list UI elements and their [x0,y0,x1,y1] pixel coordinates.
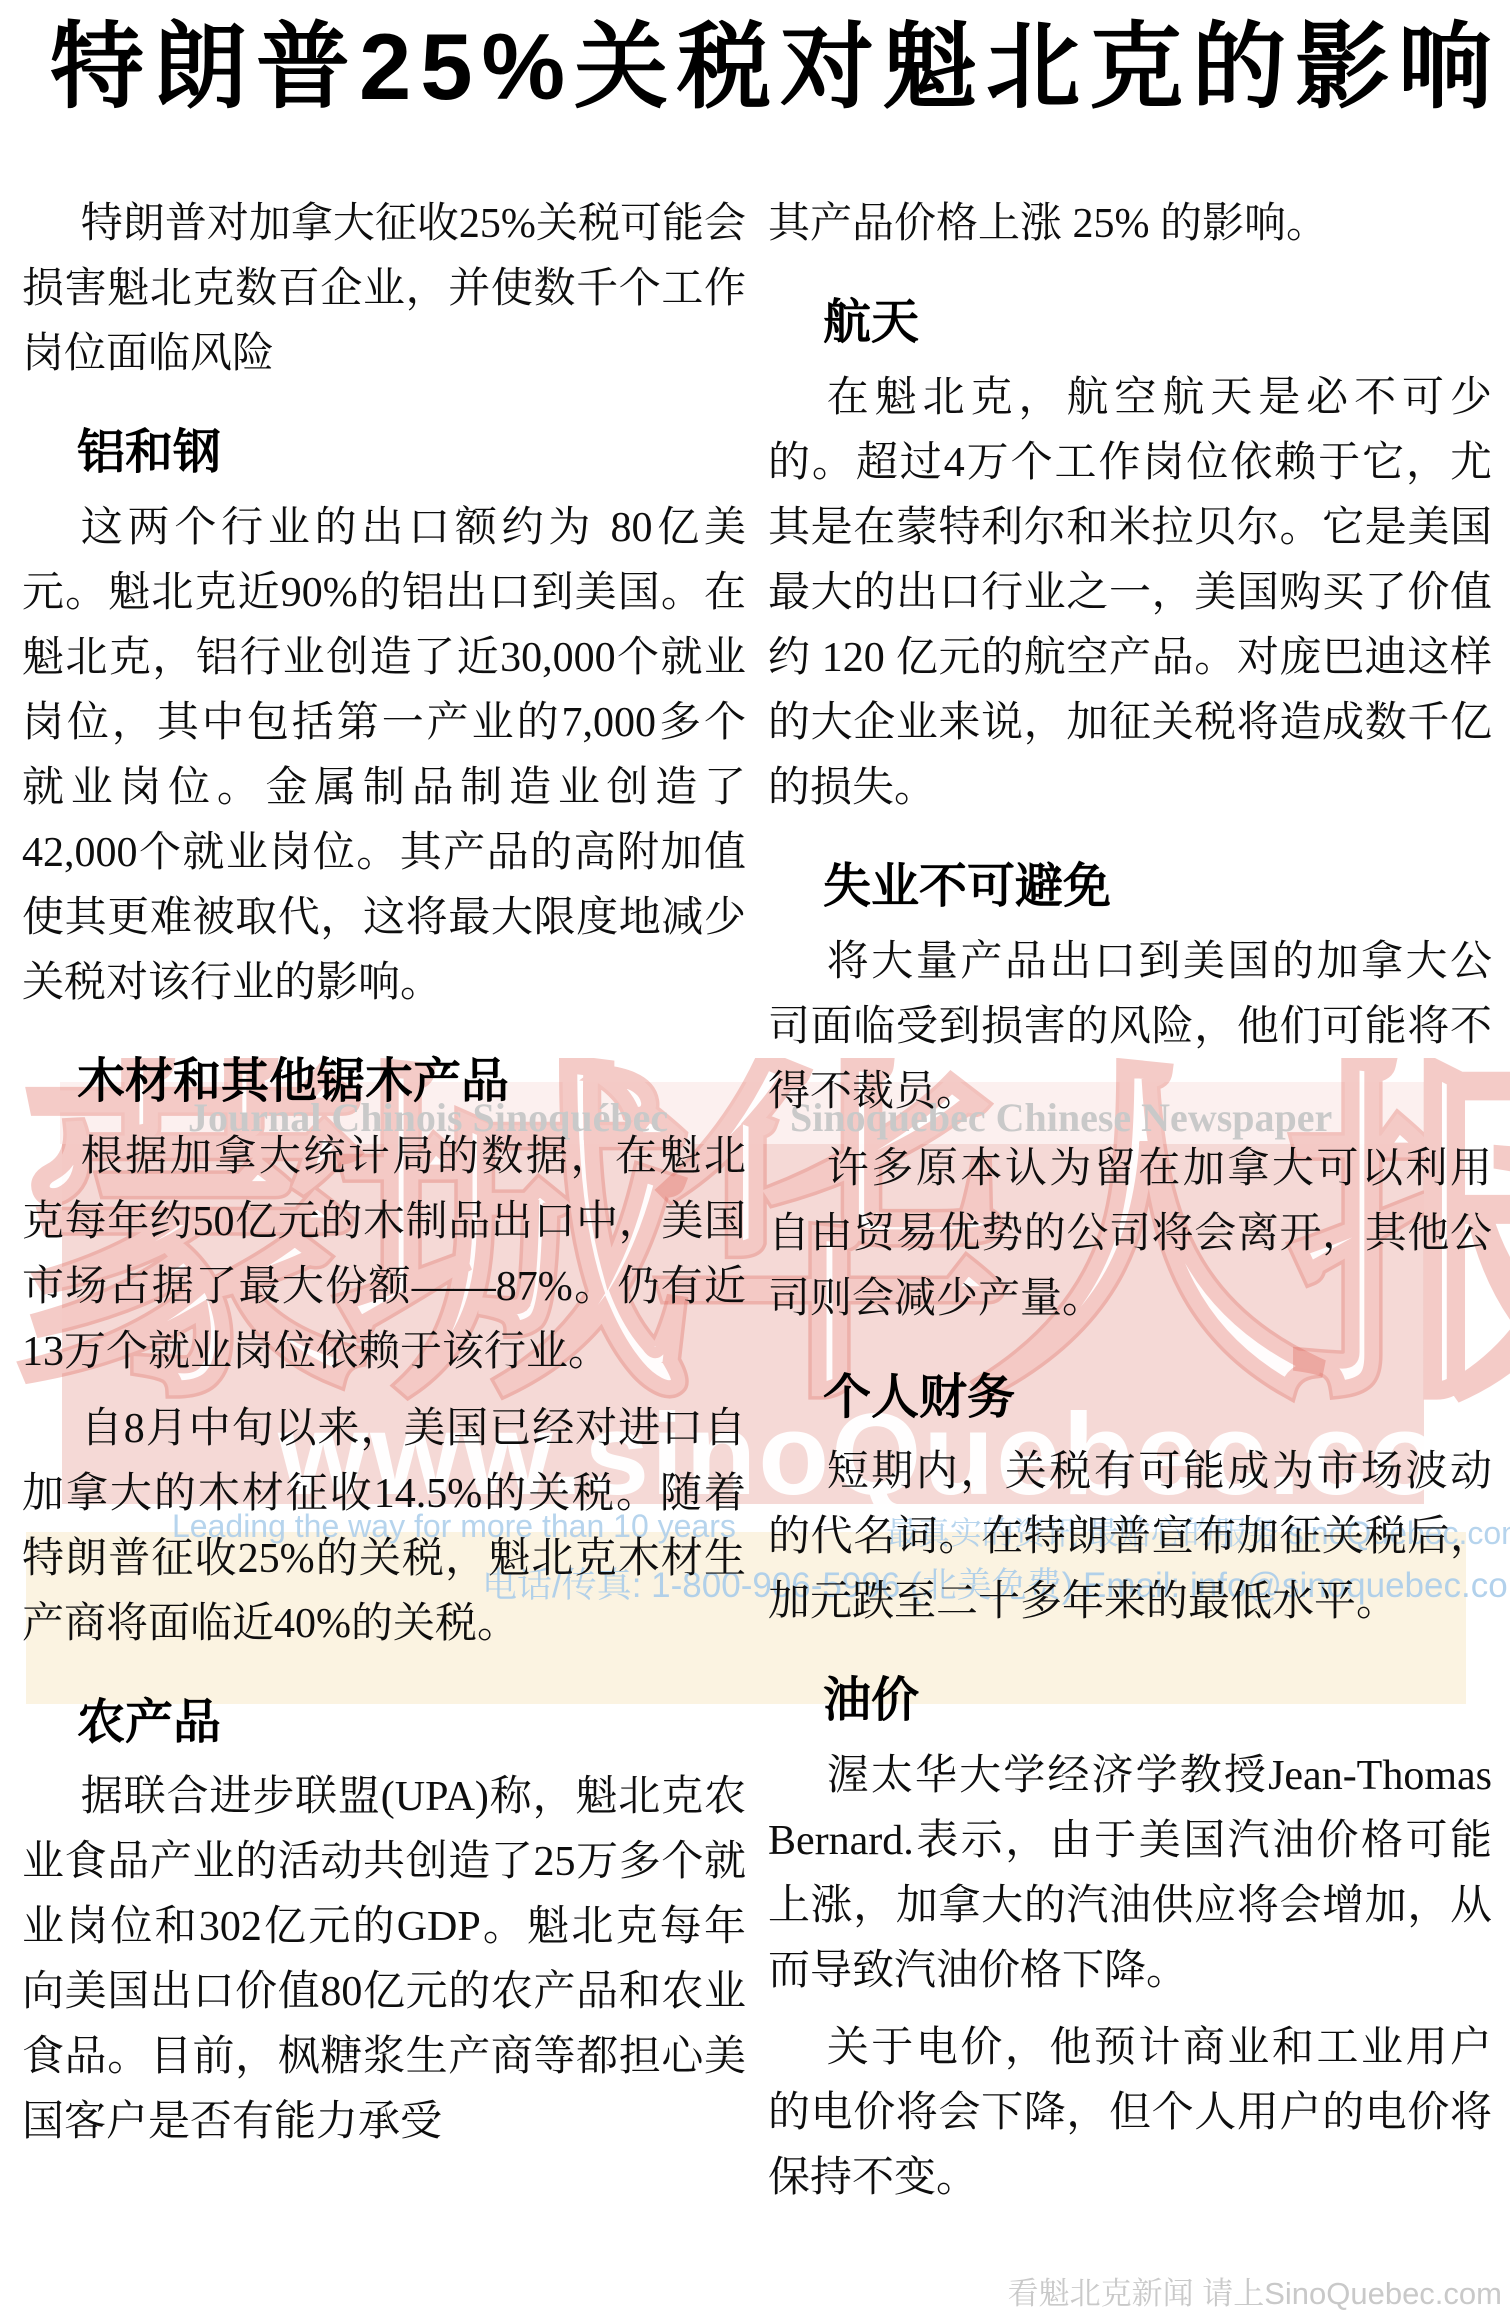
paragraph: 许多原本认为留在加拿大可以利用自由贸易优势的公司将会离开，其他公司则会减少产量。 [768,1137,1492,1332]
paragraph: 在魁北克，航空航天是必不可少的。超过4万个工作岗位依赖于它，尤其是在蒙特利尔和米… [768,366,1492,821]
left-column: 特朗普对加拿大征收25%关税可能会损害魁北克数百企业，并使数千个工作岗位面临风险… [22,192,746,2167]
paragraph: 渥太华大学经济学教授Jean-Thomas Bernard.表示，由于美国汽油价… [768,1744,1492,2004]
section-heading-agriculture: 农产品 [77,1697,746,1750]
article-title: 特朗普25%关税对魁北克的影响 [50,18,1460,117]
paragraph: 自8月中旬以来，美国已经对进口自加拿大的木材征收14.5%的关税。随着特朗普征收… [22,1397,746,1657]
paragraph: 短期内，关税有可能成为市场波动的代名词。在特朗普宣布加征关税后，加元跌至二十多年… [768,1440,1492,1635]
paragraph: 这两个行业的出口额约为 80亿美元。魁北克近90%的铝出口到美国。在魁北克，铝行… [22,496,746,1016]
section-heading-unemployment: 失业不可避免 [823,861,1492,914]
section-heading-aluminum-steel: 铝和钢 [77,427,746,480]
newspaper-page: 蒙城华人报 www.sinoQuebec.com Leading the way… [0,0,1510,2316]
section-heading-aerospace: 航天 [823,297,1492,350]
paragraph: 据联合进步联盟(UPA)称，魁北克农业食品产业的活动共创造了25万多个就业岗位和… [22,1765,746,2155]
paragraph: 其产品价格上涨 25% 的影响。 [768,192,1492,257]
section-heading-wood-products: 木材和其他锯木产品 [77,1056,746,1109]
paragraph: 关于电价，他预计商业和工业用户的电价将会下降，但个人用户的电价将保持不变。 [768,2016,1492,2211]
paragraph: 特朗普对加拿大征收25%关税可能会损害魁北克数百企业，并使数千个工作岗位面临风险 [22,192,746,387]
section-heading-personal-finance: 个人财务 [823,1372,1492,1425]
footer-caption: 看魁北克新闻 请上SinoQuebec.com [1008,2268,1502,2313]
paragraph: 根据加拿大统计局的数据，在魁北克每年约50亿元的木制品出口中，美国市场占据了最大… [22,1125,746,1385]
right-column: 其产品价格上涨 25% 的影响。航天在魁北克，航空航天是必不可少的。超过4万个工… [768,192,1492,2223]
paragraph: 将大量产品出口到美国的加拿大公司面临受到损害的风险，他们可能将不得不裁员。 [768,930,1492,1125]
section-heading-oil-price: 油价 [823,1675,1492,1728]
